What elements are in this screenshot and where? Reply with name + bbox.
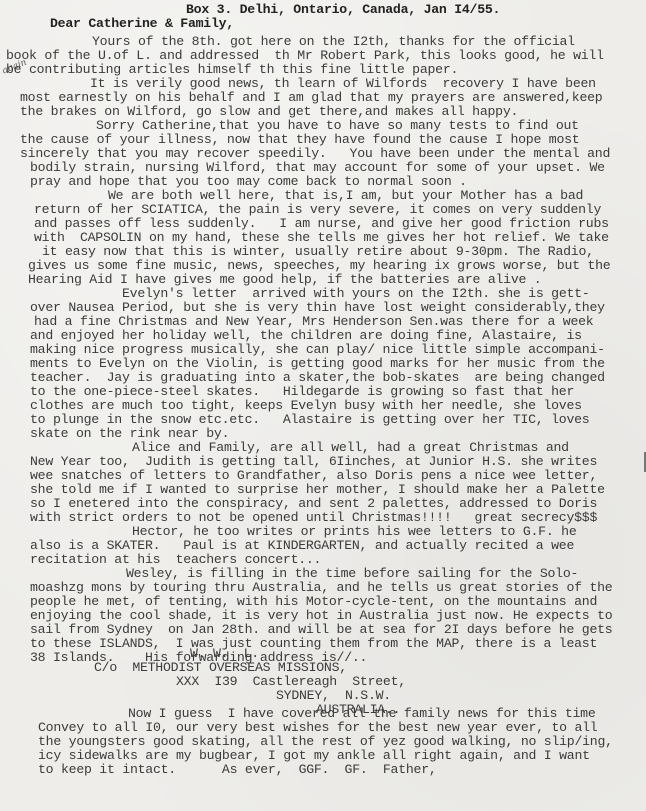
text-line: with strict orders to not be opened unti… [30,511,597,525]
letter-page: Box 3. Delhi, Ontario, Canada, Jan I4/55… [0,0,646,811]
text-line: icy sidewalks are my bugbear, I got my a… [38,749,590,763]
text-line: to the one-piece-steel skates. Hildegard… [30,385,574,399]
text-line: Hector, he too writes or prints his wee … [132,525,577,539]
text-line: to plunge in the snow etc.etc. Alastaire… [30,413,589,427]
text-line: ments to Evelyn on the Violin, is gettin… [30,357,605,371]
text-line: wee snatches of letters to Grandfather, … [30,469,597,483]
text-line: Convey to all I0, our very best wishes f… [38,721,597,735]
text-line: It is verily good news, th learn of Wilf… [90,77,596,91]
address-street: XXX I39 Castlereagh Street, [176,675,406,689]
text-line: over Nausea Period, but she is very thin… [30,301,605,315]
address-care-of: C/o METHODIST OVERSEAS MISSIONS, [94,661,347,675]
text-line: sail from Sydney on Jan 28th. and will b… [30,623,612,637]
text-line: moashzg mons by touring thru Australia, … [30,581,612,595]
text-line: the cause of your illness, now that they… [20,133,579,147]
text-line: Wesley, is filling in the time before sa… [126,567,578,581]
text-line: to keep it intact. As ever, GGF. GF. Fat… [38,763,437,777]
text-line: We are both well here, that is,I am, but… [108,189,583,203]
text-line: return of her SCIATICA, the pain is very… [34,203,601,217]
text-line: Yours of the 8th. got here on the I2th, … [92,35,575,49]
text-line: and enjoyed her holiday well, the childr… [30,329,582,343]
text-line: people he met, of tenting, with his Moto… [30,595,597,609]
text-line: had a fine Christmas and New Year, Mrs H… [34,315,593,329]
salutation: Dear Catherine & Family, [50,17,234,31]
text-line: book of the U.of L. and addressed th Mr … [6,49,604,63]
text-line: with CAPSOLIN on my hand, these she tell… [34,231,609,245]
text-line: so I enetered into the conspiracy, and s… [30,497,597,511]
text-line: most earnestly on his behalf and I am gl… [20,91,602,105]
text-line: and passes off less suddenly. I am nurse… [34,217,609,231]
text-line: also is a SKATER. Paul is at KINDERGARTE… [30,539,574,553]
text-line: New Year too, Judith is getting tall, 6I… [30,455,597,469]
text-line: Sorry Catherine,that you have to have so… [96,119,579,133]
text-line: bodily strain, nursing Wilford, that may… [30,161,605,175]
address-name: W. W. L. [190,647,259,661]
text-line: the youngsters good skating, all the res… [38,735,613,749]
text-line: gives us some fine music, news, speeches… [28,259,610,273]
text-line: pray and hope that you too may come back… [30,175,467,189]
text-line: Hearing Aid I have gives me good help, i… [28,273,541,287]
text-line: Evelyn's letter arrived with yours on th… [122,287,590,301]
text-line: recitation at his teachers concert... [30,553,321,567]
text-line: Alice and Family, are all well, had a gr… [132,441,569,455]
text-line: sincerely that you may recover speedily.… [20,147,610,161]
text-line: to these ISLANDS, I was just counting th… [30,637,597,651]
text-line: she told me if I wanted to surprise her … [30,483,605,497]
text-line: teacher. Jay is graduating into a skater… [30,371,605,385]
text-line: the brakes on Wilford, go slow and get t… [20,105,518,119]
address-city: SYDNEY, N.S.W. [276,689,391,703]
text-line: Now I guess I have covered all the famil… [128,707,596,721]
text-line: clothes are much too tight, keeps Evelyn… [30,399,582,413]
text-line: making nice progress musically, she can … [30,343,605,357]
letter-header: Box 3. Delhi, Ontario, Canada, Jan I4/55… [186,3,500,17]
text-line: enjoying the cool shade, it is very hot … [30,609,612,623]
text-line: skate on the rink near by. [30,427,229,441]
text-line: be contributing articles himself th this… [6,63,458,77]
text-line: it easy now that this is winter, usually… [42,245,594,259]
